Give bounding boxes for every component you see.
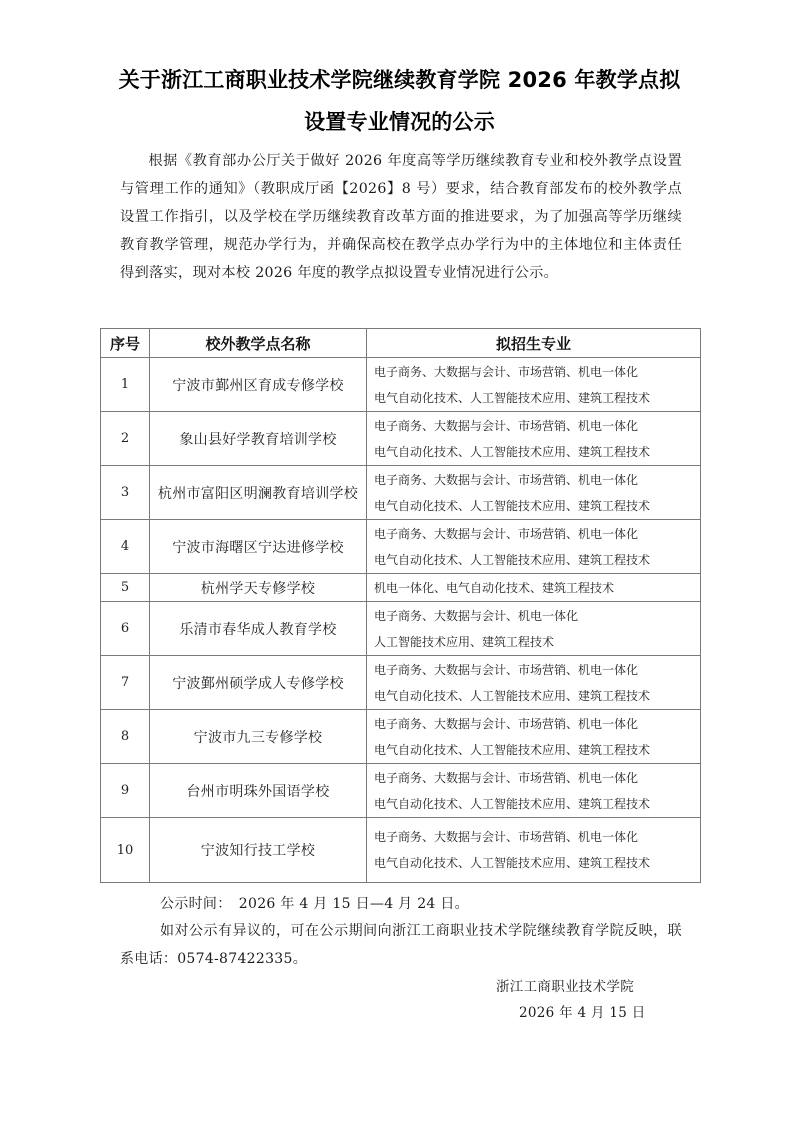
table-row: 1 宁波市鄞州区育成专修学校 电子商务、大数据与会计、市场营销、机电一体化 电气… [101,358,701,412]
row-majors: 电子商务、大数据与会计、市场营销、机电一体化 电气自动化技术、人工智能技术应用、… [367,466,701,520]
row-majors: 电子商务、大数据与会计、市场营销、机电一体化 电气自动化技术、人工智能技术应用、… [367,818,701,883]
majors-line-1: 电子商务、大数据与会计、市场营销、机电一体化 [374,413,700,439]
row-site-name: 杭州学天专修学校 [150,574,367,602]
row-site-name: 杭州市富阳区明澜教育培训学校 [150,466,367,520]
row-majors: 电子商务、大数据与会计、机电一体化 人工智能技术应用、建筑工程技术 [367,602,701,656]
document-title-line-1: 关于浙江工商职业技术学院继续教育学院 2026 年教学点拟 [0,64,799,94]
intro-paragraph: 根据《教育部办公厅关于做好 2026 年度高等学历继续教育专业和校外教学点设置与… [120,147,682,287]
majors-line-1: 电子商务、大数据与会计、机电一体化 [374,603,700,629]
header-seq: 序号 [101,329,150,358]
table-row: 9 台州市明珠外国语学校 电子商务、大数据与会计、市场营销、机电一体化 电气自动… [101,764,701,818]
majors-line-2: 电气自动化技术、人工智能技术应用、建筑工程技术 [374,385,700,411]
teaching-sites-table: 序号 校外教学点名称 拟招生专业 1 宁波市鄞州区育成专修学校 电子商务、大数据… [100,328,701,883]
row-seq: 2 [101,412,150,466]
majors-line-2: 电气自动化技术、人工智能技术应用、建筑工程技术 [374,547,700,573]
row-seq: 10 [101,818,150,883]
table-row: 8 宁波市九三专修学校 电子商务、大数据与会计、市场营销、机电一体化 电气自动化… [101,710,701,764]
row-site-name: 台州市明珠外国语学校 [150,764,367,818]
row-site-name: 宁波市九三专修学校 [150,710,367,764]
row-seq: 9 [101,764,150,818]
objection-contact-paragraph: 如对公示有异议的，可在公示期间向浙江工商职业技术学院继续教育学院反映，联系电话：… [120,917,682,973]
issuer-signature: 浙江工商职业技术学院 [496,973,634,1001]
issue-date: 2026 年 4 月 15 日 [519,999,646,1027]
majors-line-2: 电气自动化技术、人工智能技术应用、建筑工程技术 [374,493,700,519]
row-seq: 8 [101,710,150,764]
table-row: 2 象山县好学教育培训学校 电子商务、大数据与会计、市场营销、机电一体化 电气自… [101,412,701,466]
table-row: 7 宁波鄞州硕学成人专修学校 电子商务、大数据与会计、市场营销、机电一体化 电气… [101,656,701,710]
row-majors: 电子商务、大数据与会计、市场营销、机电一体化 电气自动化技术、人工智能技术应用、… [367,710,701,764]
majors-line-2: 人工智能技术应用、建筑工程技术 [374,629,700,655]
majors-line-1: 电子商务、大数据与会计、市场营销、机电一体化 [374,359,700,385]
row-majors: 电子商务、大数据与会计、市场营销、机电一体化 电气自动化技术、人工智能技术应用、… [367,412,701,466]
row-site-name: 宁波市鄞州区育成专修学校 [150,358,367,412]
majors-line-1: 电子商务、大数据与会计、市场营销、机电一体化 [374,521,700,547]
row-seq: 5 [101,574,150,602]
majors-line-1: 机电一体化、电气自动化技术、建筑工程技术 [374,575,700,601]
majors-line-2: 电气自动化技术、人工智能技术应用、建筑工程技术 [374,791,700,817]
row-site-name: 宁波鄞州硕学成人专修学校 [150,656,367,710]
row-seq: 1 [101,358,150,412]
table-header-row: 序号 校外教学点名称 拟招生专业 [101,329,701,358]
row-site-name: 乐清市春华成人教育学校 [150,602,367,656]
row-majors: 电子商务、大数据与会计、市场营销、机电一体化 电气自动化技术、人工智能技术应用、… [367,358,701,412]
majors-line-1: 电子商务、大数据与会计、市场营销、机电一体化 [374,824,700,850]
majors-line-2: 电气自动化技术、人工智能技术应用、建筑工程技术 [374,683,700,709]
majors-line-2: 电气自动化技术、人工智能技术应用、建筑工程技术 [374,737,700,763]
table-row: 5 杭州学天专修学校 机电一体化、电气自动化技术、建筑工程技术 [101,574,701,602]
publicity-period: 公示时间： 2026 年 4 月 15 日—4 月 24 日。 [160,890,469,918]
row-majors: 电子商务、大数据与会计、市场营销、机电一体化 电气自动化技术、人工智能技术应用、… [367,764,701,818]
row-majors: 电子商务、大数据与会计、市场营销、机电一体化 电气自动化技术、人工智能技术应用、… [367,520,701,574]
majors-line-1: 电子商务、大数据与会计、市场营销、机电一体化 [374,657,700,683]
row-seq: 4 [101,520,150,574]
majors-line-1: 电子商务、大数据与会计、市场营销、机电一体化 [374,467,700,493]
document-title-line-2: 设置专业情况的公示 [0,106,799,136]
table-row: 6 乐清市春华成人教育学校 电子商务、大数据与会计、机电一体化 人工智能技术应用… [101,602,701,656]
majors-line-1: 电子商务、大数据与会计、市场营销、机电一体化 [374,711,700,737]
table-row: 4 宁波市海曙区宁达进修学校 电子商务、大数据与会计、市场营销、机电一体化 电气… [101,520,701,574]
header-majors: 拟招生专业 [367,329,701,358]
table-row: 3 杭州市富阳区明澜教育培训学校 电子商务、大数据与会计、市场营销、机电一体化 … [101,466,701,520]
row-seq: 3 [101,466,150,520]
table-row: 10 宁波知行技工学校 电子商务、大数据与会计、市场营销、机电一体化 电气自动化… [101,818,701,883]
row-site-name: 宁波市海曙区宁达进修学校 [150,520,367,574]
row-majors: 机电一体化、电气自动化技术、建筑工程技术 [367,574,701,602]
row-site-name: 宁波知行技工学校 [150,818,367,883]
row-seq: 6 [101,602,150,656]
majors-line-2: 电气自动化技术、人工智能技术应用、建筑工程技术 [374,850,700,876]
row-majors: 电子商务、大数据与会计、市场营销、机电一体化 电气自动化技术、人工智能技术应用、… [367,656,701,710]
header-site-name: 校外教学点名称 [150,329,367,358]
row-seq: 7 [101,656,150,710]
majors-line-1: 电子商务、大数据与会计、市场营销、机电一体化 [374,765,700,791]
row-site-name: 象山县好学教育培训学校 [150,412,367,466]
majors-line-2: 电气自动化技术、人工智能技术应用、建筑工程技术 [374,439,700,465]
